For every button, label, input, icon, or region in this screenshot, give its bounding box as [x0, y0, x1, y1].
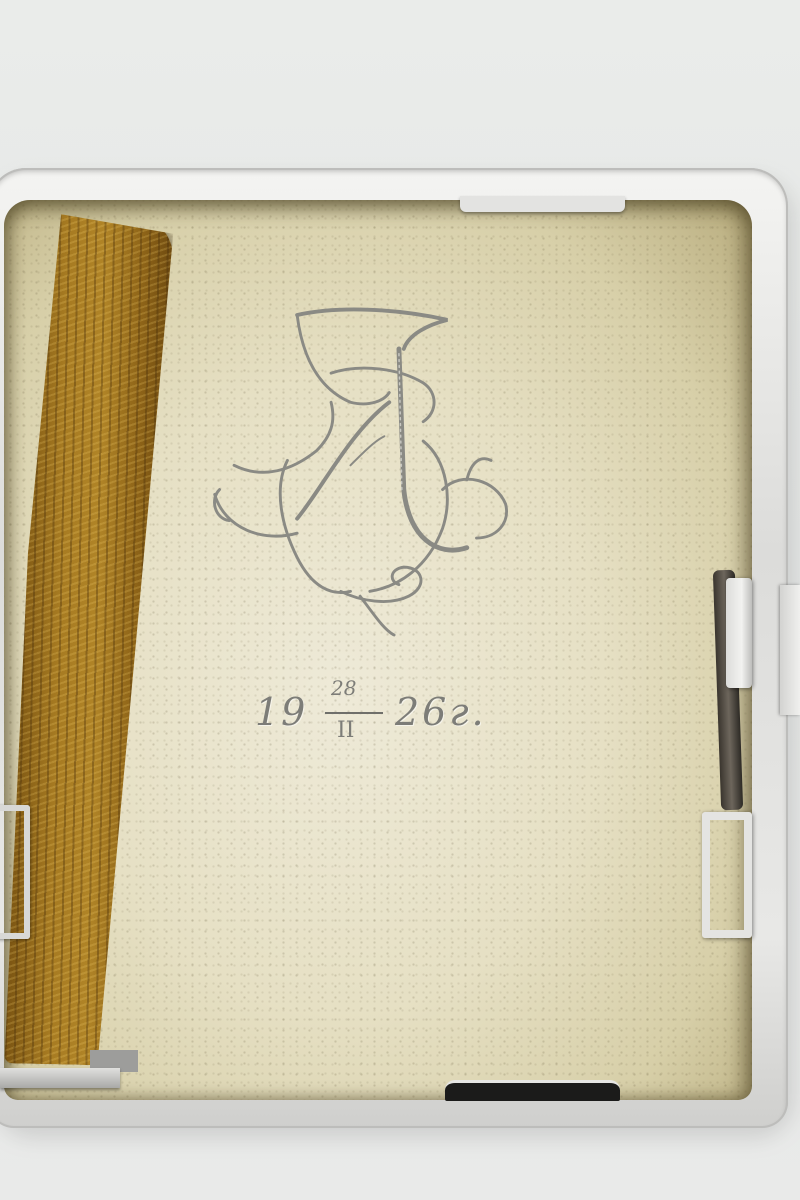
bottom-catch-slot — [445, 1080, 620, 1101]
top-thumb-notch — [460, 196, 625, 212]
engraved-date: 19 28 II 26г. — [245, 680, 535, 760]
hinge-edge — [780, 585, 800, 715]
date-year-suffix: 26г. — [395, 690, 487, 734]
bottom-strap-bar — [0, 1068, 120, 1088]
date-day: 28 — [331, 676, 356, 700]
clasp-catch — [726, 578, 752, 688]
date-fraction-rule — [325, 712, 383, 714]
left-strap-clip — [0, 805, 30, 939]
right-strap-loop — [702, 812, 752, 938]
engraved-monogram-icon — [205, 295, 525, 655]
date-month: II — [337, 718, 354, 743]
date-year-prefix: 19 — [255, 690, 307, 734]
